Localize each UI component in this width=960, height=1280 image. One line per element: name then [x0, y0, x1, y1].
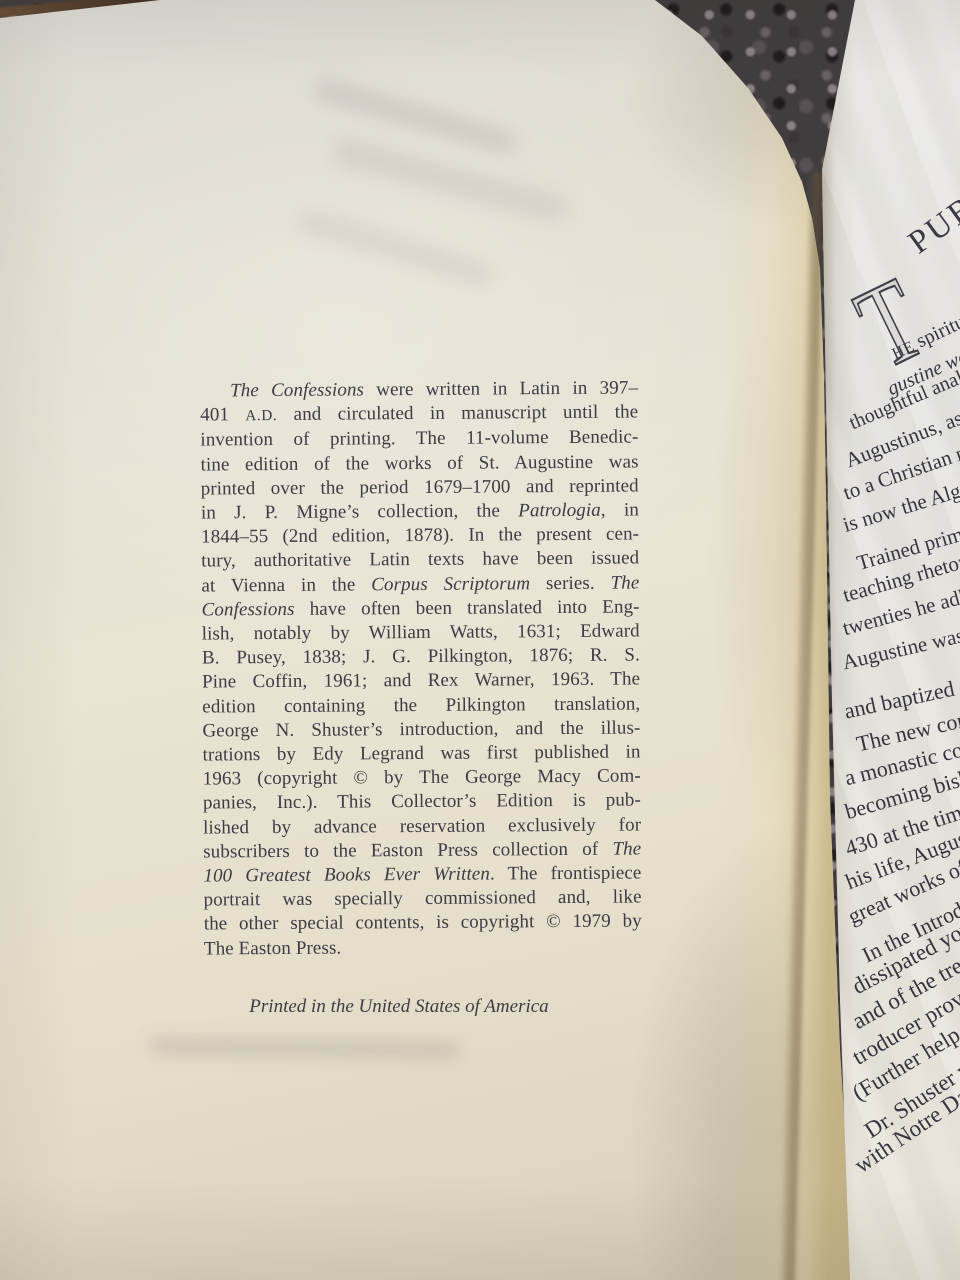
text-run: Confessions [202, 599, 295, 621]
text-run: series. [530, 572, 611, 594]
colophon-text-block: The Confessions were written in Latin in… [200, 376, 642, 961]
text-run: lish, notably by William Watts, 1631; Ed… [202, 621, 640, 645]
colophon-line: 1963 (copyright © by The George Macy Com… [203, 765, 641, 792]
text-run: lished by advance reservation exclusivel… [203, 814, 641, 838]
text-run: the other special contents, is copyright… [204, 911, 642, 935]
colophon-line: tine edition of the works of St. Augusti… [200, 450, 638, 477]
text-run: have often been translated into Eng- [294, 596, 639, 619]
colophon-line: invention of printing. The 11-volume Ben… [200, 426, 638, 453]
text-run: were written in Latin in 397– [364, 377, 638, 400]
text-run: printed over the period 1679–1700 and re… [201, 475, 639, 499]
text-run: . The frontispiece [490, 863, 642, 885]
printed-in-usa-line: Printed in the United States of America [202, 996, 640, 1018]
colophon-line: The Easton Press. [204, 934, 642, 961]
colophon-line: 100 Greatest Books Ever Written. The fro… [203, 862, 641, 889]
text-run: 401 [200, 404, 245, 425]
text-run: portrait was specially commissioned and,… [204, 887, 642, 911]
text-run: tury, authoritative Latin texts have bee… [201, 548, 639, 572]
text-run: Pine Coffin, 1961; and Rex Warner, 1963.… [202, 669, 640, 693]
colophon-line: The Confessions were written in Latin in… [200, 376, 638, 403]
text-run: tine edition of the works of St. Augusti… [200, 451, 638, 475]
text-run: 1963 (copyright © by The George Macy Com… [203, 766, 641, 790]
text-run: invention of printing. The 11-volume Ben… [200, 427, 638, 451]
colophon-line: tury, authoritative Latin texts have bee… [201, 547, 639, 574]
colophon-line: lish, notably by William Watts, 1631; Ed… [202, 620, 640, 647]
colophon-line: portrait was specially commissioned and,… [204, 886, 642, 913]
text-run: The [612, 838, 641, 859]
text-run: in J. P. Migne’s collection, the [201, 500, 518, 523]
text-run: and circulated in manuscript until the [277, 402, 638, 426]
page-showthrough [150, 1037, 460, 1058]
text-run: A.D. [245, 407, 277, 424]
colophon-line: at Vienna in the Corpus Scriptorum serie… [201, 571, 639, 598]
colophon-line: 401 A.D. and circulated in manuscript un… [200, 401, 638, 429]
text-run: Corpus Scriptorum [371, 573, 530, 595]
text-run: The [611, 572, 640, 593]
colophon-line: edition containing the Pilkington transl… [202, 692, 640, 719]
text-run: Patrologia [518, 500, 601, 522]
page-showthrough [296, 209, 493, 287]
text-run: 100 Greatest Books Ever Written [203, 864, 490, 887]
text-run: edition containing the Pilkington transl… [202, 693, 640, 717]
text-run: George N. Shuster’s introduction, and th… [202, 717, 640, 741]
colophon-line: panies, Inc.). This Collector’s Edition … [203, 789, 641, 816]
text-run: at Vienna in the [201, 574, 371, 596]
colophon-line: in J. P. Migne’s collection, the Patrolo… [201, 498, 639, 525]
book-photo: The Confessions were written in Latin in… [0, 0, 960, 1280]
colophon-line: the other special contents, is copyright… [204, 910, 642, 937]
text-run: 1844–55 (2nd edition, 1878). In the pres… [201, 524, 639, 548]
colophon-line: lished by advance reservation exclusivel… [203, 813, 641, 840]
colophon-line: printed over the period 1679–1700 and re… [201, 474, 639, 501]
text-run: trations by Edy Legrand was first publis… [203, 742, 641, 766]
text-run: The Easton Press. [204, 937, 341, 959]
colophon-line: 1844–55 (2nd edition, 1878). In the pres… [201, 523, 639, 550]
text-run: The Confessions [230, 379, 364, 401]
colophon-line: Confessions have often been translated i… [202, 595, 640, 622]
colophon-line: trations by Edy Legrand was first publis… [203, 741, 641, 768]
text-run: B. Pusey, 1838; J. G. Pilkington, 1876; … [202, 645, 640, 669]
colophon-line: Pine Coffin, 1961; and Rex Warner, 1963.… [202, 668, 640, 695]
text-run: , in [601, 499, 639, 520]
text-run: panies, Inc.). This Collector’s Edition … [203, 790, 641, 814]
colophon-line: subscribers to the Easton Press collecti… [203, 837, 641, 864]
colophon-line: B. Pusey, 1838; J. G. Pilkington, 1876; … [202, 644, 640, 671]
colophon-line: George N. Shuster’s introduction, and th… [202, 716, 640, 743]
text-run: subscribers to the Easton Press collecti… [203, 839, 612, 863]
page-showthrough [331, 137, 569, 222]
